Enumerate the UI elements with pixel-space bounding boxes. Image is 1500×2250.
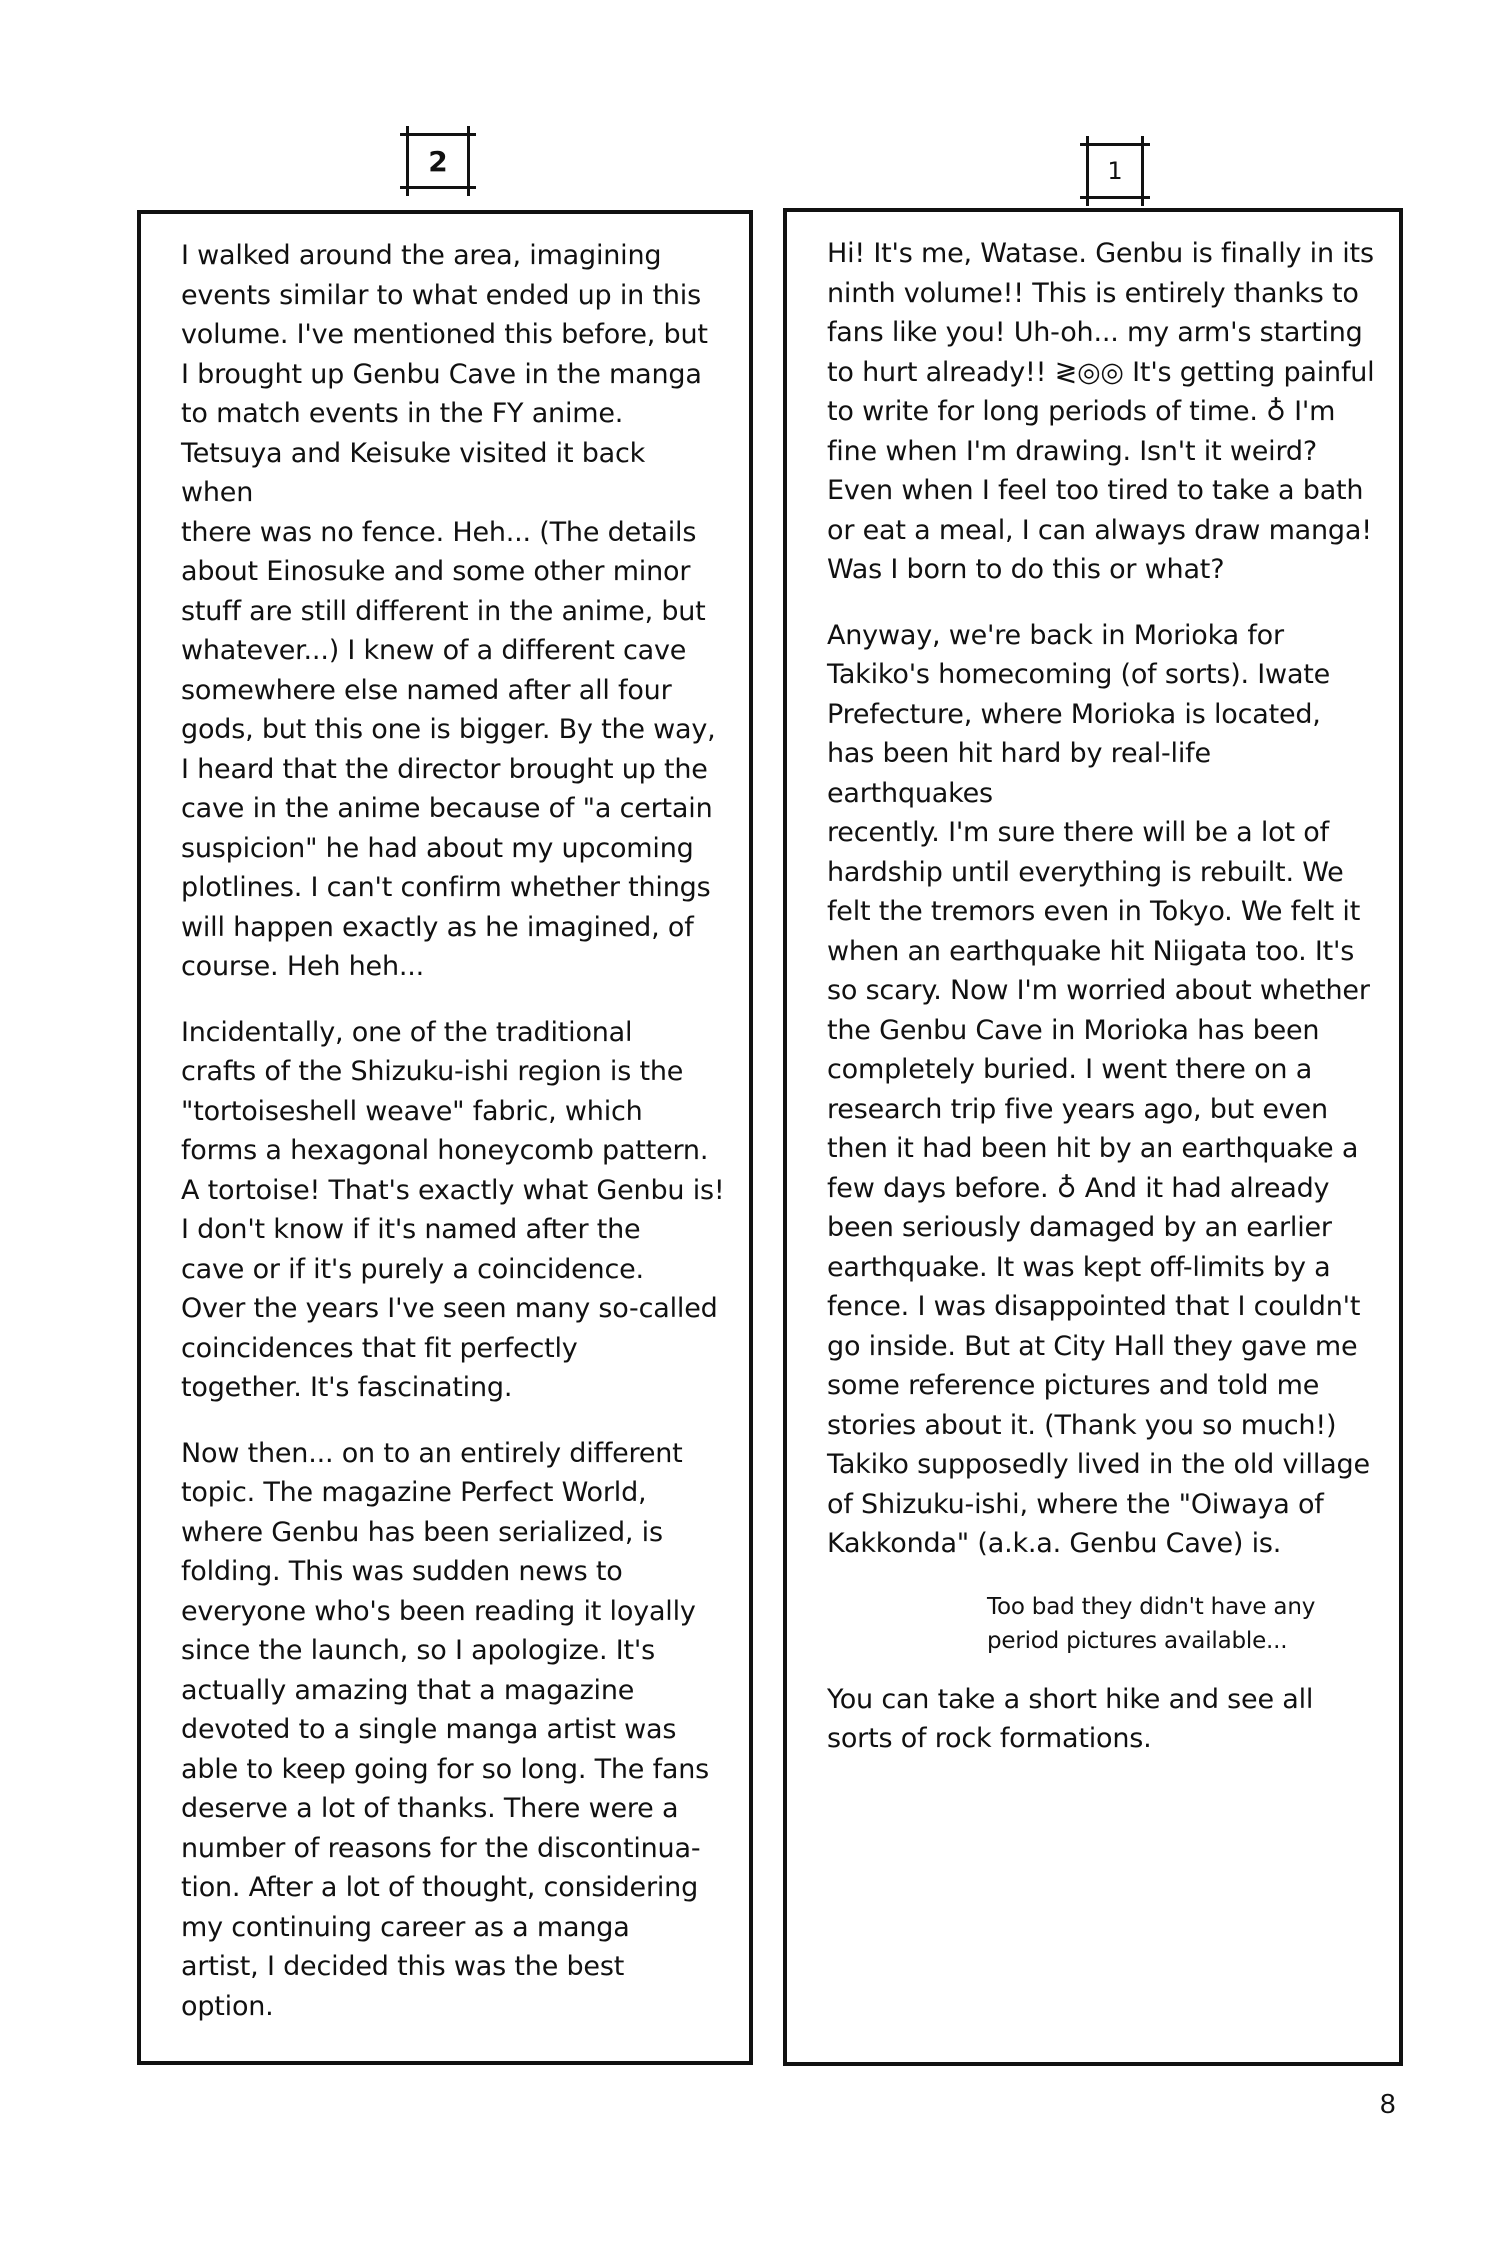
panel-content: Hi! It's me, Watase. Genbu is finally in…	[827, 234, 1375, 1785]
paragraph: I walked around the area, imagining even…	[181, 236, 725, 987]
text-panel-left: I walked around the area, imagining even…	[137, 210, 753, 2065]
column-label-2: 2	[400, 133, 476, 189]
paragraph: Incidentally, one of the traditional cra…	[181, 1013, 725, 1408]
panel-content: I walked around the area, imagining even…	[181, 236, 725, 2052]
note-paragraph: Too bad they didn't have any period pict…	[987, 1590, 1375, 1658]
text-panel-right: Hi! It's me, Watase. Genbu is finally in…	[783, 208, 1403, 2066]
paragraph: Anyway, we're back in Morioka for Takiko…	[827, 616, 1375, 1564]
column-label-1: 1	[1080, 143, 1150, 199]
column-label-text: 2	[428, 145, 447, 178]
paragraph: You can take a short hike and see all so…	[827, 1680, 1375, 1759]
page-number: 8	[1380, 2088, 1396, 2120]
paragraph: Now then... on to an entirely different …	[181, 1434, 725, 2027]
column-label-text: 1	[1107, 157, 1122, 185]
paragraph: Hi! It's me, Watase. Genbu is finally in…	[827, 234, 1375, 590]
